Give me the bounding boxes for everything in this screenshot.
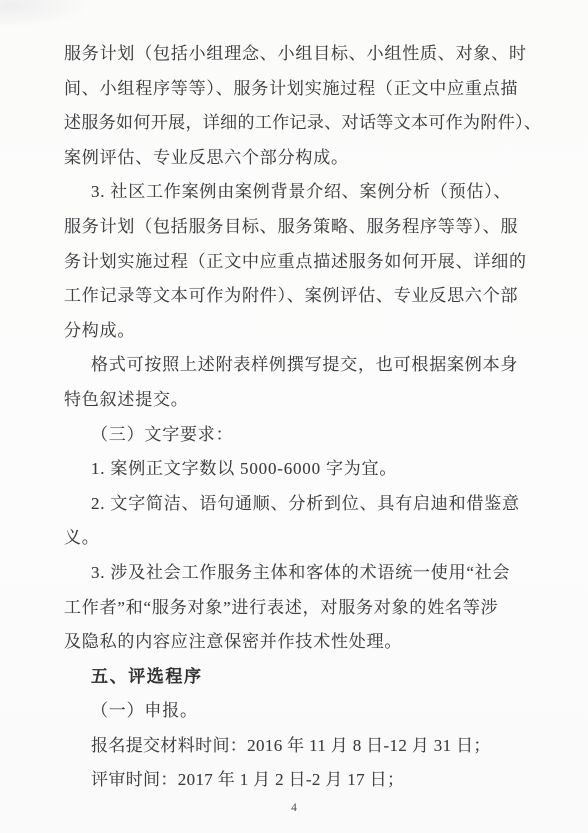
document-line: 服务计划（包括服务目标、服务策略、服务程序等等）、服 [64, 210, 564, 245]
document-line: 报名提交材料时间：2016 年 11 月 8 日-12 月 31 日； [64, 729, 564, 764]
document-line: 2. 文字简洁、语句通顺、分析到位、具有启迪和借鉴意 [64, 487, 564, 522]
document-line: 服务计划（包括小组理念、小组目标、小组性质、对象、时 [64, 37, 564, 72]
document-line: 特色叙述提交。 [64, 383, 564, 418]
document-line: 述服务如何开展，详细的工作记录、对话等文本可作为附件）、 [64, 106, 564, 141]
document-line: 3. 涉及社会工作服务主体和客体的术语统一使用“社会 [64, 556, 564, 591]
document-line: 3. 社区工作案例由案例背景介绍、案例分析（预估）、 [64, 175, 564, 210]
document-line: 间、小组程序等等）、服务计划实施过程（正文中应重点描 [64, 72, 564, 107]
document-body: 服务计划（包括小组理念、小组目标、小组性质、对象、时间、小组程序等等）、服务计划… [64, 37, 564, 798]
document-line: （三）文字要求： [64, 418, 564, 453]
document-line: 案例评估、专业反思六个部分构成。 [64, 141, 564, 176]
document-line: 评审时间：2017 年 1 月 2 日-2 月 17 日； [64, 763, 564, 798]
document-line: 格式可按照上述附表样例撰写提交，也可根据案例本身 [64, 348, 564, 383]
document-line: 工作记录等文本可作为附件）、案例评估、专业反思六个部 [64, 279, 564, 314]
document-line: 及隐私的内容应注意保密并作技术性处理。 [64, 625, 564, 660]
document-line: （一）申报。 [64, 694, 564, 729]
document-line: 义。 [64, 521, 564, 556]
document-line: 工作者”和“服务对象”进行表述，对服务对象的姓名等涉 [64, 591, 564, 626]
document-line: 务计划实施过程（正文中应重点描述服务如何开展、详细的 [64, 245, 564, 280]
page-number: 4 [0, 802, 588, 814]
document-line: 1. 案例正文字数以 5000-6000 字为宜。 [64, 452, 564, 487]
document-line: 五、评选程序 [64, 660, 564, 695]
document-line: 分构成。 [64, 314, 564, 349]
scanned-document-page: 服务计划（包括小组理念、小组目标、小组性质、对象、时间、小组程序等等）、服务计划… [0, 0, 588, 833]
